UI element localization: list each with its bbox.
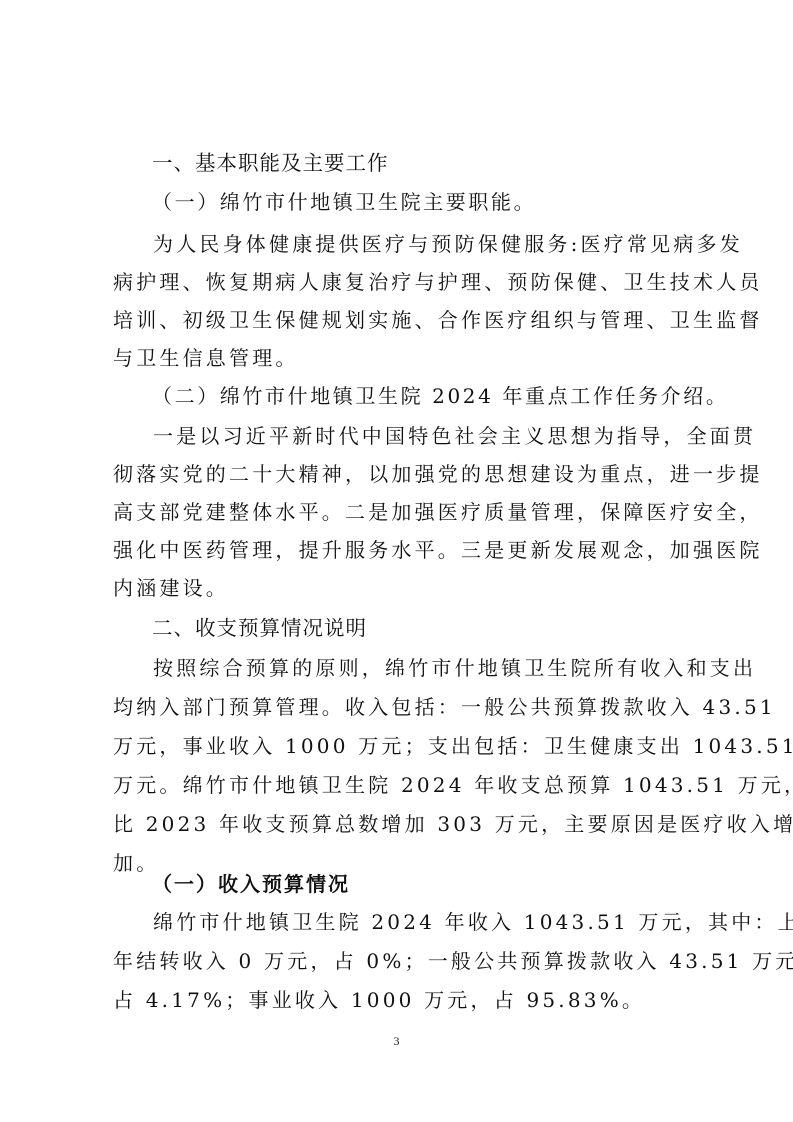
paragraph-line: 与卫生信息管理。 [113, 340, 693, 376]
section-heading-basic-functions: 一、基本职能及主要工作 [152, 145, 732, 181]
paragraph-line: 占 4.17%；事业收入 1000 万元，占 95.83%。 [113, 982, 693, 1018]
page-number: 3 [0, 1034, 793, 1049]
paragraph-line: 按照综合预算的原则，绵竹市什地镇卫生院所有收入和支出 [153, 650, 693, 686]
paragraph-line: 万元，事业收入 1000 万元；支出包括：卫生健康支出 1043.51 [113, 728, 693, 764]
section-heading-budget-explanation: 二、收支预算情况说明 [152, 610, 732, 646]
subsection-heading-income-budget: （一）收入预算情况 [152, 866, 732, 902]
paragraph-line: 年结转收入 0 万元，占 0%；一般公共预算拨款收入 43.51 万元， [113, 943, 693, 979]
paragraph-line: 彻落实党的二十大精神，以加强党的思想建设为重点，进一步提 [113, 456, 693, 492]
paragraph-line: 均纳入部门预算管理。收入包括：一般公共预算拨款收入 43.51 [113, 689, 693, 725]
paragraph-line: 为人民身体健康提供医疗与预防保健服务:医疗常见病多发 [153, 226, 693, 262]
paragraph-line: 比 2023 年收支预算总数增加 303 万元，主要原因是医疗收入增 [113, 806, 693, 842]
paragraph-line: 万元。绵竹市什地镇卫生院 2024 年收支总预算 1043.51 万元， [113, 767, 693, 803]
paragraph-line: 一是以习近平新时代中国特色社会主义思想为指导，全面贯 [153, 418, 693, 454]
paragraph-line: 内涵建设。 [113, 570, 693, 606]
paragraph-line: 强化中医药管理，提升服务水平。三是更新发展观念，加强医院 [113, 532, 693, 568]
subsection-heading-key-tasks: （二）绵竹市什地镇卫生院 2024 年重点工作任务介绍。 [152, 378, 732, 414]
paragraph-line: 高支部党建整体水平。二是加强医疗质量管理，保障医疗安全， [113, 494, 693, 530]
paragraph-line: 病护理、恢复期病人康复治疗与护理、预防保健、卫生技术人员 [113, 264, 693, 300]
document-page: 一、基本职能及主要工作 （一）绵竹市什地镇卫生院主要职能。 为人民身体健康提供医… [0, 0, 793, 1122]
paragraph-line: 培训、初级卫生保健规划实施、合作医疗组织与管理、卫生监督 [113, 302, 693, 338]
paragraph-line: 绵竹市什地镇卫生院 2024 年收入 1043.51 万元，其中：上 [153, 904, 693, 940]
subsection-heading-main-functions: （一）绵竹市什地镇卫生院主要职能。 [152, 184, 732, 220]
